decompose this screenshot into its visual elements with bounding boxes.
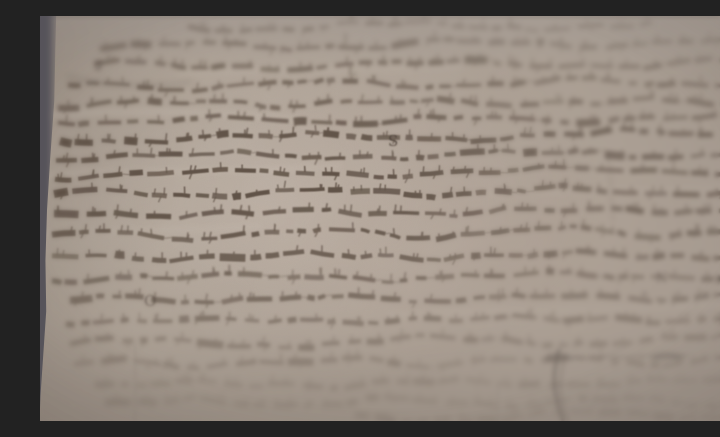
manuscript-photograph: gJLSONM Close-up photograph of a medieva… xyxy=(40,16,720,421)
parchment-sheet xyxy=(40,16,720,421)
